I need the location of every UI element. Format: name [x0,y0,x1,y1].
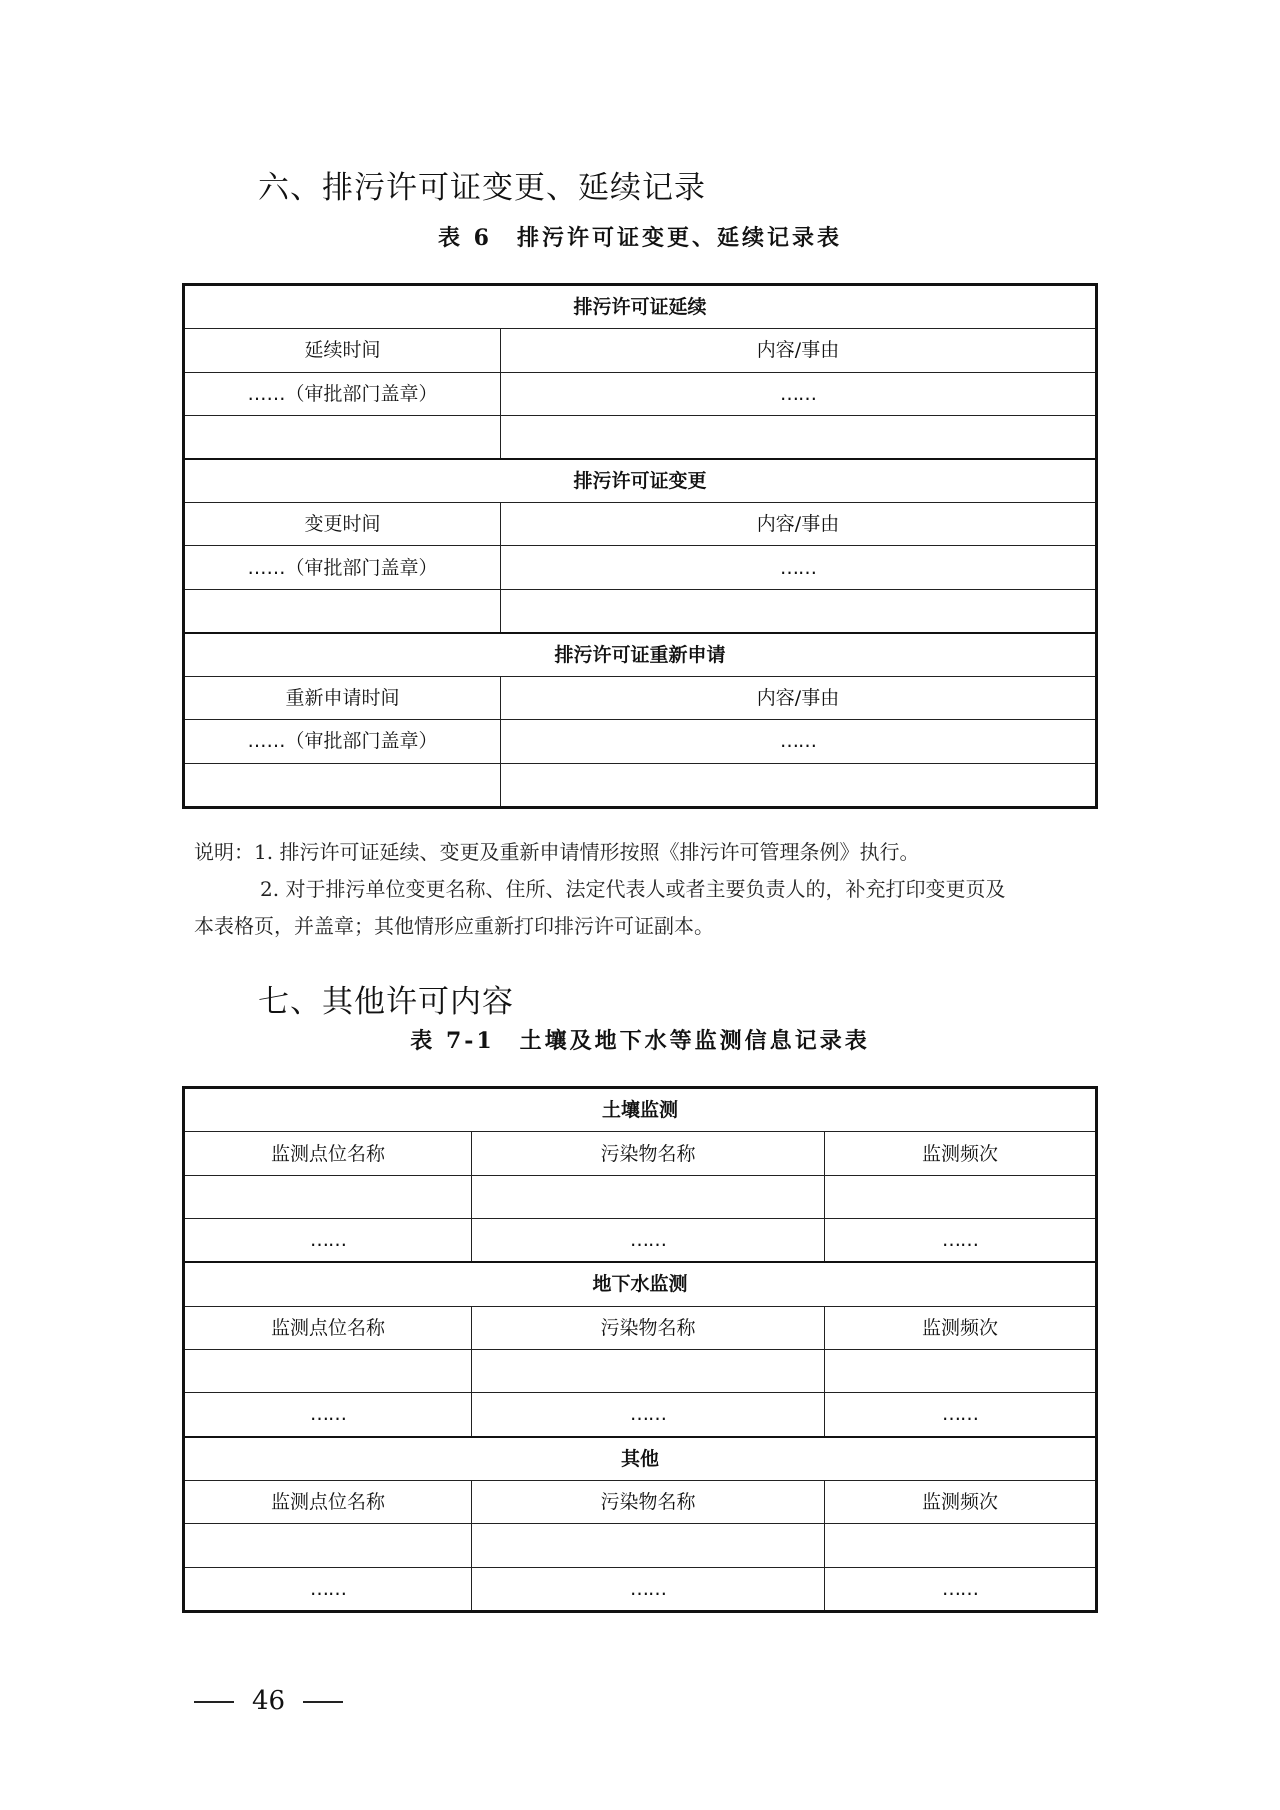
cell-time [184,589,501,633]
table-row [184,415,1097,459]
cell-frequency: …… [825,1393,1097,1437]
header-row: 延续时间 内容/事由 [184,329,1097,372]
table-row: …… …… …… [184,1567,1097,1611]
header-frequency: 监测频次 [825,1306,1097,1349]
group-title-renewal: 排污许可证延续 [184,285,1097,329]
note-line-2: 2. 对于排污单位变更名称、住所、法定代表人或者主要负责人的，补充打印变更页及 [194,871,1094,908]
cell-point-name [184,1175,472,1218]
header-pollutant-name: 污染物名称 [472,1306,825,1349]
header-row: 监测点位名称 污染物名称 监测频次 [184,1306,1097,1349]
table-row [184,589,1097,633]
header-content: 内容/事由 [501,677,1097,720]
table-6-permit-change-renewal: 排污许可证延续 延续时间 内容/事由 ……（审批部门盖章） …… 排污许可证变更… [182,283,1098,809]
header-row: 变更时间 内容/事由 [184,503,1097,546]
table-row: …… …… …… [184,1218,1097,1262]
table-row [184,1524,1097,1567]
group-title-row: 其他 [184,1437,1097,1481]
cell-content: …… [501,372,1097,415]
group-title-row: 地下水监测 [184,1262,1097,1306]
header-frequency: 监测频次 [825,1132,1097,1175]
cell-frequency: …… [825,1218,1097,1262]
cell-frequency [825,1349,1097,1392]
cell-content [501,589,1097,633]
cell-content: …… [501,546,1097,589]
header-frequency: 监测频次 [825,1480,1097,1523]
header-time: 重新申请时间 [184,677,501,720]
table-7-1-caption: 表 7-1 土壤及地下水等监测信息记录表 [0,1027,1280,1055]
cell-pollutant-name: …… [472,1393,825,1437]
group-title-groundwater: 地下水监测 [184,1262,1097,1306]
header-row: 监测点位名称 污染物名称 监测频次 [184,1132,1097,1175]
cell-frequency [825,1175,1097,1218]
group-title-reapplication: 排污许可证重新申请 [184,633,1097,677]
note-line-1: 说明：1. 排污许可证延续、变更及重新申请情形按照《排污许可管理条例》执行。 [194,834,1094,871]
page-number: 46 [194,1686,343,1716]
table-row: …… …… …… [184,1393,1097,1437]
cell-content: …… [501,720,1097,763]
cell-pollutant-name [472,1524,825,1567]
cell-time: ……（审批部门盖章） [184,372,501,415]
cell-frequency: …… [825,1567,1097,1611]
cell-time [184,763,501,807]
dash-right [303,1701,343,1703]
table-6-caption: 表 6 排污许可证变更、延续记录表 [0,224,1280,252]
cell-content [501,415,1097,459]
table-row [184,763,1097,807]
header-pollutant-name: 污染物名称 [472,1480,825,1523]
cell-point-name [184,1349,472,1392]
cell-point-name: …… [184,1567,472,1611]
header-point-name: 监测点位名称 [184,1306,472,1349]
table-row [184,1175,1097,1218]
cell-time: ……（审批部门盖章） [184,546,501,589]
cell-frequency [825,1524,1097,1567]
header-point-name: 监测点位名称 [184,1132,472,1175]
header-time: 变更时间 [184,503,501,546]
cell-point-name [184,1524,472,1567]
table-6-notes: 说明：1. 排污许可证延续、变更及重新申请情形按照《排污许可管理条例》执行。 2… [194,834,1094,945]
group-title-row: 排污许可证延续 [184,285,1097,329]
dash-left [194,1701,234,1703]
table-row: ……（审批部门盖章） …… [184,720,1097,763]
group-title-other: 其他 [184,1437,1097,1481]
header-row: 监测点位名称 污染物名称 监测频次 [184,1480,1097,1523]
cell-pollutant-name [472,1175,825,1218]
header-point-name: 监测点位名称 [184,1480,472,1523]
cell-content [501,763,1097,807]
header-pollutant-name: 污染物名称 [472,1132,825,1175]
group-title-row: 排污许可证变更 [184,459,1097,503]
section-6-heading: 六、排污许可证变更、延续记录 [258,170,706,206]
cell-pollutant-name: …… [472,1567,825,1611]
header-content: 内容/事由 [501,329,1097,372]
page-number-value: 46 [252,1686,285,1716]
group-title-row: 土壤监测 [184,1088,1097,1132]
section-7-heading: 七、其他许可内容 [258,984,514,1020]
table-row [184,1349,1097,1392]
cell-time: ……（审批部门盖章） [184,720,501,763]
cell-point-name: …… [184,1218,472,1262]
note-line-3: 本表格页，并盖章；其他情形应重新打印排污许可证副本。 [194,908,1094,945]
cell-pollutant-name [472,1349,825,1392]
cell-time [184,415,501,459]
table-7-1-monitoring-records: 土壤监测 监测点位名称 污染物名称 监测频次 …… …… …… 地下水监测 监测… [182,1086,1098,1613]
header-content: 内容/事由 [501,503,1097,546]
header-time: 延续时间 [184,329,501,372]
table-row: ……（审批部门盖章） …… [184,546,1097,589]
header-row: 重新申请时间 内容/事由 [184,677,1097,720]
table-row: ……（审批部门盖章） …… [184,372,1097,415]
cell-pollutant-name: …… [472,1218,825,1262]
group-title-soil: 土壤监测 [184,1088,1097,1132]
group-title-change: 排污许可证变更 [184,459,1097,503]
group-title-row: 排污许可证重新申请 [184,633,1097,677]
cell-point-name: …… [184,1393,472,1437]
